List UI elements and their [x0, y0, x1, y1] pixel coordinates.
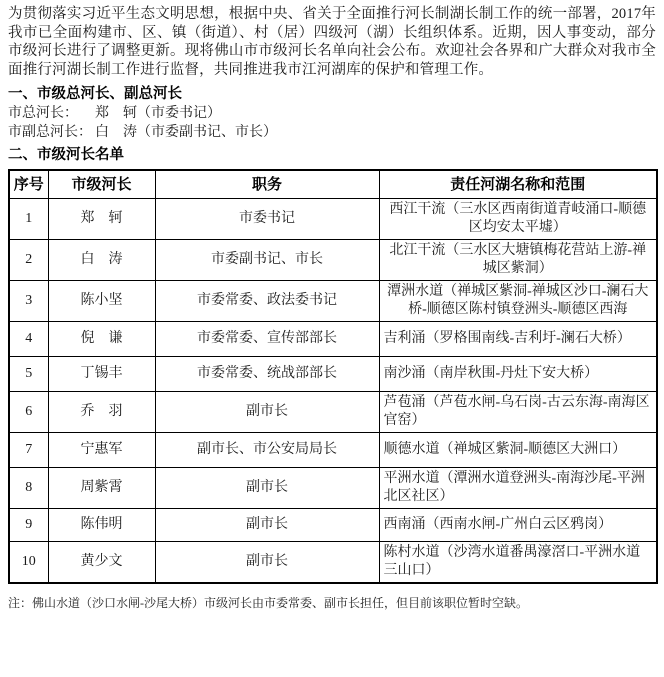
table-row: 5丁锡丰市委常委、统战部部长南沙涌（南岸秋围-丹灶下安大桥）	[9, 356, 657, 391]
header-cell-scope: 责任河湖名称和范围	[379, 170, 657, 198]
intro-paragraph: 为贯彻落实习近平生态文明思想，根据中央、省关于全面推行河长制湖长制工作的统一部署…	[8, 5, 656, 79]
table-row: 4倪 谦市委常委、宣传部部长吉利涌（罗格围南线-吉利圩-澜石大桥）	[9, 321, 657, 356]
section2-heading: 二、市级河长名单	[8, 146, 656, 164]
chief-value: 郑 轲（市委书记）	[95, 105, 221, 124]
table-cell: 乔 羽	[48, 391, 155, 432]
table-row: 1郑 轲市委书记西江干流（三水区西南街道青岐涌口-顺德区均安太平墟）	[9, 198, 657, 239]
table-row: 7宁惠军副市长、市公安局局长顺德水道（禅城区紫洞-顺德区大洲口）	[9, 432, 657, 467]
table-cell: 宁惠军	[48, 432, 155, 467]
table-cell: 市委常委、宣传部部长	[155, 321, 379, 356]
table-row: 6乔 羽副市长芦苞涌（芦苞水闸-乌石岗-古云东海-南海区官窑）	[9, 391, 657, 432]
table-cell: 周紫霄	[48, 467, 155, 508]
chief-line-total: 市总河长： 郑 轲（市委书记）	[8, 105, 656, 124]
table-cell: 丁锡丰	[48, 356, 155, 391]
table-cell: 6	[9, 391, 48, 432]
table-header-row: 序号 市级河长 职务 责任河湖名称和范围	[9, 170, 657, 198]
chief-value: 白 涛（市委副书记、市长）	[95, 124, 277, 143]
table-cell: 陈伟明	[48, 508, 155, 541]
table-cell: 北江干流（三水区大塘镇梅花营站上游-禅城区紫洞）	[379, 239, 657, 280]
table-cell: 8	[9, 467, 48, 508]
table-cell: 南沙涌（南岸秋围-丹灶下安大桥）	[379, 356, 657, 391]
table-row: 8周紫霄副市长平洲水道（潭洲水道登洲头-南海沙尾-平洲北区社区）	[9, 467, 657, 508]
section1-heading: 一、市级总河长、副总河长	[8, 85, 656, 103]
table-cell: 2	[9, 239, 48, 280]
table-cell: 3	[9, 280, 48, 321]
table-cell: 白 涛	[48, 239, 155, 280]
table-row: 2白 涛市委副书记、市长北江干流（三水区大塘镇梅花营站上游-禅城区紫洞）	[9, 239, 657, 280]
chief-label: 市副总河长：	[8, 124, 95, 143]
document-page: 为贯彻落实习近平生态文明思想，根据中央、省关于全面推行河长制湖长制工作的统一部署…	[0, 0, 664, 611]
table-cell: 市委副书记、市长	[155, 239, 379, 280]
table-cell: 9	[9, 508, 48, 541]
table-cell: 副市长	[155, 391, 379, 432]
table-cell: 市委书记	[155, 198, 379, 239]
table-row: 3陈小坚市委常委、政法委书记潭洲水道（禅城区紫洞-禅城区沙口-澜石大桥-顺德区陈…	[9, 280, 657, 321]
table-cell: 郑 轲	[48, 198, 155, 239]
header-cell-index: 序号	[9, 170, 48, 198]
table-cell: 黄少文	[48, 541, 155, 583]
chief-label: 市总河长：	[8, 105, 95, 124]
table-cell: 4	[9, 321, 48, 356]
table-cell: 1	[9, 198, 48, 239]
table-cell: 平洲水道（潭洲水道登洲头-南海沙尾-平洲北区社区）	[379, 467, 657, 508]
table-cell: 副市长、市公安局局长	[155, 432, 379, 467]
table-cell: 5	[9, 356, 48, 391]
footnote: 注：佛山水道（沙口水闸-沙尾大桥）市级河长由市委常委、副市长担任，但目前该职位暂…	[8, 595, 656, 611]
table-cell: 市委常委、统战部部长	[155, 356, 379, 391]
table-cell: 顺德水道（禅城区紫洞-顺德区大洲口）	[379, 432, 657, 467]
table-cell: 10	[9, 541, 48, 583]
river-chief-table: 序号 市级河长 职务 责任河湖名称和范围 1郑 轲市委书记西江干流（三水区西南街…	[8, 169, 658, 584]
chief-line-deputy: 市副总河长： 白 涛（市委副书记、市长）	[8, 124, 656, 143]
river-chief-table-body: 1郑 轲市委书记西江干流（三水区西南街道青岐涌口-顺德区均安太平墟）2白 涛市委…	[9, 198, 657, 583]
table-cell: 芦苞涌（芦苞水闸-乌石岗-古云东海-南海区官窑）	[379, 391, 657, 432]
table-cell: 7	[9, 432, 48, 467]
header-cell-title: 职务	[155, 170, 379, 198]
table-cell: 西南涌（西南水闸-广州白云区鸦岗）	[379, 508, 657, 541]
table-cell: 西江干流（三水区西南街道青岐涌口-顺德区均安太平墟）	[379, 198, 657, 239]
header-cell-name: 市级河长	[48, 170, 155, 198]
table-cell: 潭洲水道（禅城区紫洞-禅城区沙口-澜石大桥-顺德区陈村镇登洲头-顺德区西海	[379, 280, 657, 321]
table-cell: 倪 谦	[48, 321, 155, 356]
table-cell: 陈村水道（沙湾水道番禺濠滘口-平洲水道三山口）	[379, 541, 657, 583]
table-cell: 副市长	[155, 541, 379, 583]
table-row: 9陈伟明副市长西南涌（西南水闸-广州白云区鸦岗）	[9, 508, 657, 541]
table-cell: 副市长	[155, 467, 379, 508]
table-row: 10黄少文副市长陈村水道（沙湾水道番禺濠滘口-平洲水道三山口）	[9, 541, 657, 583]
table-cell: 陈小坚	[48, 280, 155, 321]
table-cell: 市委常委、政法委书记	[155, 280, 379, 321]
table-cell: 副市长	[155, 508, 379, 541]
table-cell: 吉利涌（罗格围南线-吉利圩-澜石大桥）	[379, 321, 657, 356]
